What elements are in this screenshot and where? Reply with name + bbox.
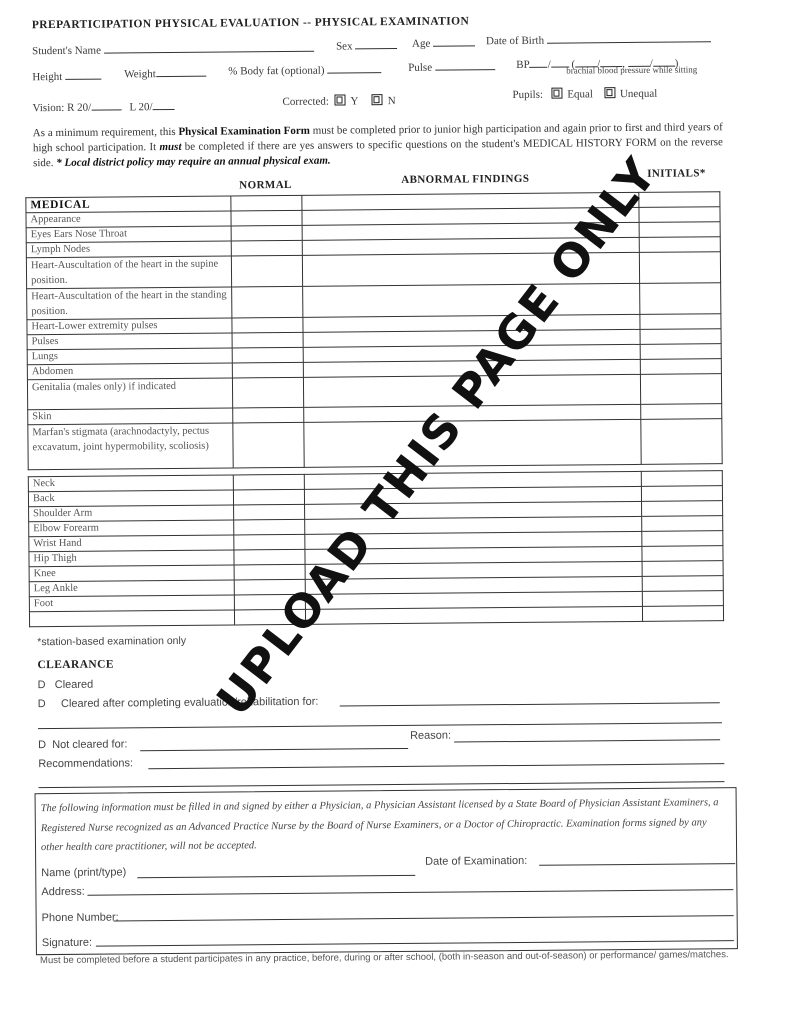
signature-label: Signature: [42,937,92,949]
pupils-field: Pupils: Equal Unequal [512,87,657,101]
vision-label: Vision: [33,102,65,114]
pupils-unequal-label: Unequal [620,88,657,100]
weight-label: Weight [124,68,156,80]
initials-cell[interactable] [642,516,723,532]
corrected-yes-checkbox[interactable] [334,94,345,105]
student-name-field[interactable]: Student's Name [32,41,314,57]
pupils-equal-label: Equal [567,88,593,100]
initials-cell[interactable] [642,576,723,592]
not-cleared-line[interactable] [140,748,408,751]
sex-label: Sex [336,40,353,52]
examiner-instructions: The following information must be filled… [41,793,731,858]
sex-field[interactable]: Sex [336,38,397,53]
table-row: Marfan's stigmata (arachnodactyly, pectu… [28,419,722,470]
normal-cell[interactable] [232,286,303,318]
exam-date-label: Date of Examination: [425,855,527,868]
recommendations-line[interactable] [148,763,724,769]
normal-cell[interactable] [232,377,303,408]
initials-cell[interactable] [642,501,723,517]
weight-field[interactable]: Weight [124,66,206,81]
reason-label: Reason: [410,730,451,742]
normal-cell[interactable] [232,332,303,348]
normal-cell[interactable] [234,549,305,565]
initials-cell[interactable] [641,486,722,502]
district-policy-note: * Local district policy may require an a… [56,155,330,169]
cleared-option[interactable]: D Cleared [38,679,94,691]
initials-cell[interactable] [640,344,721,360]
body-fat-label: % Body fat (optional) [228,65,324,78]
initials-cell[interactable] [642,561,723,577]
cleared-checkbox[interactable]: D [38,679,46,691]
row-label: Heart-Auscultation of the heart in the s… [27,287,232,320]
phone-label: Phone Number: [42,911,119,924]
initials-cell[interactable] [642,591,723,607]
pulse-field[interactable]: Pulse [408,59,495,74]
initials-cell[interactable] [641,419,722,465]
row-label: Heart-Lower extremity pulses [27,318,232,335]
normal-cell[interactable] [231,240,302,256]
vision-left-input[interactable] [153,99,175,110]
pupils-label: Pupils: [512,89,543,101]
header-abnormal-findings: ABNORMAL FINDINGS [401,173,529,186]
reason-line[interactable] [454,739,720,742]
row-label: Genitalia (males only) if indicated [27,378,232,410]
cleared-after-label: Cleared after completing evaluation/reha… [61,696,319,710]
student-name-label: Student's Name [32,45,101,58]
normal-cell[interactable] [234,519,305,535]
row-label [29,610,234,627]
station-note: *station-based examination only [37,635,186,648]
normal-cell[interactable] [232,347,303,363]
examiner-name-label: Name (print/type) [41,866,126,879]
initials-cell[interactable] [641,471,722,487]
row-label: Heart-Auscultation of the heart in the s… [26,256,231,289]
initials-cell[interactable] [640,359,721,375]
normal-cell[interactable] [233,422,304,468]
initials-cell[interactable] [642,606,723,622]
row-label: Eyes Ears Nose Throat [26,226,231,243]
cleared-label: Cleared [55,679,94,691]
vision-right-input[interactable] [91,99,121,110]
cleared-after-line[interactable] [340,702,720,706]
form-title: PREPARTICIPATION PHYSICAL EVALUATION -- … [32,15,469,31]
age-label: Age [412,38,430,50]
initials-cell[interactable] [639,222,720,238]
abnormal-findings-cell[interactable] [303,283,640,317]
bp-note: brachial blood pressure while sitting [566,64,697,75]
corrected-no-label: N [388,95,396,107]
initials-cell[interactable] [640,374,721,405]
normal-cell[interactable] [232,362,303,378]
pulse-label: Pulse [408,62,432,74]
clearance-heading: CLEARANCE [37,659,114,672]
normal-cell[interactable] [231,225,302,241]
row-label: Appearance [26,211,231,228]
not-cleared-option[interactable]: D Not cleared for: [38,738,127,751]
row-label: Marfan's stigmata (arachnodactyly, pectu… [28,423,233,470]
normal-cell[interactable] [232,317,303,333]
normal-cell[interactable] [233,407,304,423]
not-cleared-label: Not cleared for: [52,738,127,751]
vision-right-label: R 20/ [67,102,91,114]
age-field[interactable]: Age [412,35,475,50]
header-normal: NORMAL [239,179,292,191]
initials-cell[interactable] [640,329,721,345]
pupils-equal-checkbox[interactable] [551,88,562,99]
not-cleared-checkbox[interactable]: D [38,739,46,751]
normal-cell[interactable] [233,474,304,490]
height-label: Height [32,71,62,83]
vision-field: Vision: R 20/ L 20/ [32,99,174,114]
pupils-unequal-checkbox[interactable] [604,87,615,98]
corrected-no-checkbox[interactable] [372,94,383,105]
corrected-label: Corrected: [282,96,329,108]
initials-cell[interactable] [639,237,720,253]
cleared-after-option[interactable]: D Cleared after completing evaluation/re… [38,696,319,710]
normal-cell[interactable] [234,534,305,550]
initials-cell[interactable] [641,404,722,420]
address-label: Address: [41,886,85,898]
initials-cell[interactable] [640,283,721,315]
cleared-after-checkbox[interactable]: D [38,698,46,710]
normal-cell[interactable] [233,489,304,505]
initials-cell[interactable] [640,314,721,330]
body-fat-field[interactable]: % Body fat (optional) [228,62,381,77]
normal-cell[interactable] [231,195,302,211]
height-field[interactable]: Height [32,69,101,84]
initials-cell[interactable] [642,546,723,562]
dob-label: Date of Birth [486,35,544,48]
initials-cell[interactable] [639,207,720,223]
normal-cell[interactable] [234,504,305,520]
exam-form-page: PREPARTICIPATION PHYSICAL EVALUATION -- … [0,0,791,1024]
corrected-field: Corrected: Y N [282,94,395,108]
initials-cell[interactable] [639,252,720,284]
cleared-after-line-2[interactable] [38,722,722,729]
bp-label: BP [516,59,530,71]
normal-cell[interactable] [231,255,302,287]
vision-left-label: L 20/ [129,101,152,113]
normal-cell[interactable] [231,210,302,226]
row-label: Lymph Nodes [26,241,231,258]
recommendations-label: Recommendations: [38,757,133,770]
abnormal-findings-cell[interactable] [305,606,642,624]
initials-cell[interactable] [642,531,723,547]
corrected-yes-label: Y [350,95,358,107]
dob-field[interactable]: Date of Birth [486,31,711,47]
